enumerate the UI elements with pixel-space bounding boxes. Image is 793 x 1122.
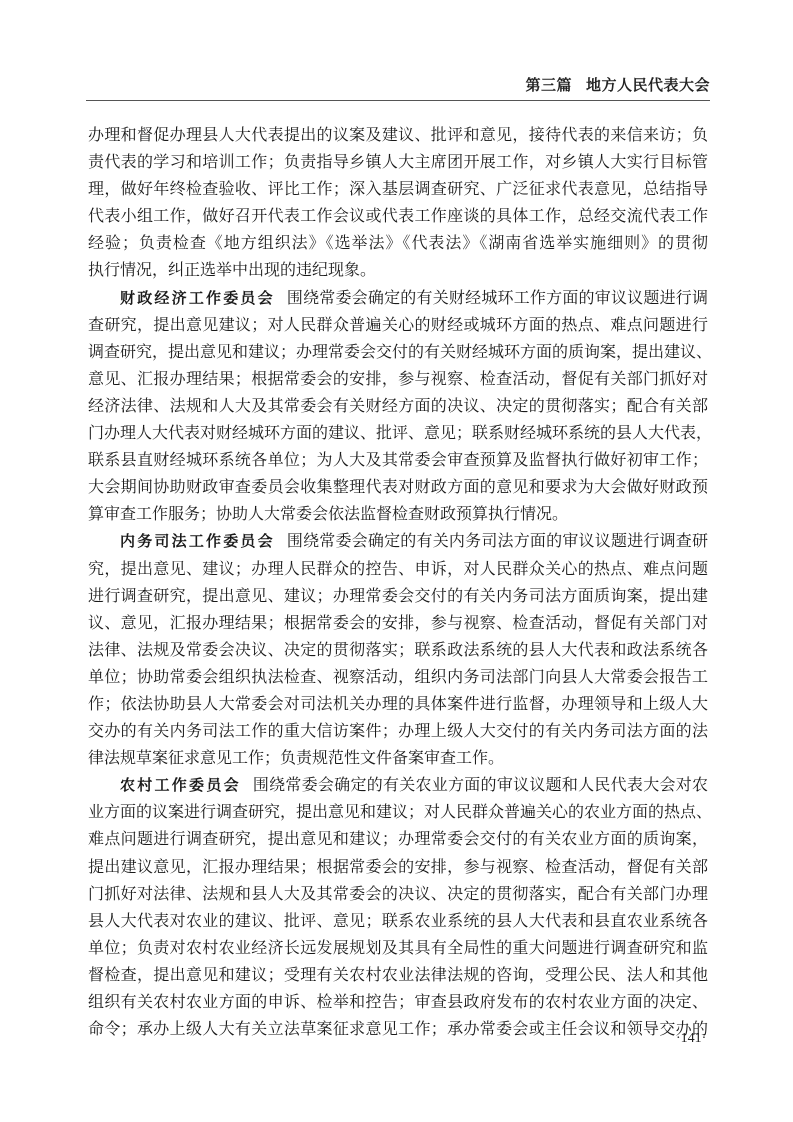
text-line: 律法规草案征求意见工作；负责规范性文件备案审查工作。 [88, 744, 708, 771]
text-line: 门抓好对法律、法规和县人大及其常委会的决议、决定的贯彻落实，配合有关部门办理 [88, 880, 708, 907]
paragraph-finance-committee: 财政经济工作委员会围绕常委会确定的有关财经城环工作方面的审议议题进行调 查研究，… [88, 284, 708, 528]
section-heading: 农村工作委员会 [120, 776, 241, 794]
part-label: 第三篇 [525, 76, 572, 94]
page-number: ·141· [676, 1031, 706, 1047]
text-line: 办理和督促办理县人大代表提出的议案及建议、批评和意见，接待代表的来信来访；负 [88, 121, 708, 148]
text-line: 农村工作委员会围绕常委会确定的有关农业方面的审议议题和人民代表大会对农 [88, 771, 708, 798]
paragraph-continuation: 办理和督促办理县人大代表提出的议案及建议、批评和意见，接待代表的来信来访；负 责… [88, 121, 708, 284]
text-line: 难点问题进行调查研究，提出意见和建议；办理常委会交付的有关农业方面的质询案， [88, 825, 708, 852]
text-line: 命令；承办上级人大有关立法草案征求意见工作；承办常委会或主任会议和领导交办的 [88, 1015, 708, 1042]
text-line: 财政经济工作委员会围绕常委会确定的有关财经城环工作方面的审议议题进行调 [88, 284, 708, 311]
text-line: 究，提出意见、建议；办理人民群众的控告、申诉，对人民群众关心的热点、难点问题 [88, 555, 708, 582]
text-line: 议、意见，汇报办理结果；根据常委会的安排，参与视察、检查活动，督促有关部门对 [88, 609, 708, 636]
text-run: 围绕常委会确定的有关财经城环工作方面的审议议题进行调 [287, 288, 708, 307]
text-line: 责代表的学习和培训工作；负责指导乡镇人大主席团开展工作，对乡镇人大实行目标管 [88, 148, 708, 175]
text-line: 单位；负责对农村农业经济长远发展规划及其具有全局性的重大问题进行调查研究和监 [88, 934, 708, 961]
text-line: 单位；协助常委会组织执法检查、视察活动，组织内务司法部门向县人大常委会报告工 [88, 663, 708, 690]
text-line: 交办的有关内务司法工作的重大信访案件；办理上级人大交付的有关内务司法方面的法 [88, 717, 708, 744]
text-line: 门办理人大代表对财经城环方面的建议、批评、意见；联系财经城环系统的县人大代表， [88, 419, 708, 446]
text-line: 代表小组工作，做好召开代表工作会议或代表工作座谈的具体工作，总经交流代表工作 [88, 202, 708, 229]
text-line: 业方面的议案进行调查研究，提出意见和建议；对人民群众普遍关心的农业方面的热点、 [88, 798, 708, 825]
section-heading: 内务司法工作委员会 [120, 532, 275, 550]
text-line: 经验；负责检查《地方组织法》《选举法》《代表法》《湖南省选举实施细则》的贯彻 [88, 229, 708, 256]
text-line: 督检查，提出意见和建议；受理有关农村农业法律法规的咨询，受理公民、法人和其他 [88, 961, 708, 988]
text-line: 法律、法规及常委会决议、决定的贯彻落实；联系政法系统的县人大代表和政法系统各 [88, 636, 708, 663]
text-line: 意见、汇报办理结果；根据常委会的安排，参与视察、检查活动，督促有关部门抓好对 [88, 365, 708, 392]
text-line: 执行情况，纠正选举中出现的违纪现象。 [88, 256, 708, 283]
text-line: 查研究，提出意见建议；对人民群众普遍关心的财经或城环方面的热点、难点问题进行 [88, 311, 708, 338]
text-run: 围绕常委会确定的有关内务司法方面的审议议题进行调查研 [287, 531, 708, 550]
text-line: 经济法律、法规和人大及其常委会有关财经方面的决议、决定的贯彻落实；配合有关部 [88, 392, 708, 419]
paragraph-rural-committee: 农村工作委员会围绕常委会确定的有关农业方面的审议议题和人民代表大会对农 业方面的… [88, 771, 708, 1042]
running-header: 第三篇地方人民代表大会 [86, 74, 710, 96]
text-line: 组织有关农村农业方面的申诉、检举和控告；审查县政府发布的农村农业方面的决定、 [88, 988, 708, 1015]
text-line: 内务司法工作委员会围绕常委会确定的有关内务司法方面的审议议题进行调查研 [88, 527, 708, 554]
text-line: 提出建议意见，汇报办理结果；根据常委会的安排，参与视察、检查活动，督促有关部 [88, 853, 708, 880]
text-run: 围绕常委会确定的有关农业方面的审议议题和人民代表大会对农 [253, 775, 708, 794]
text-line: 算审查工作服务；协助人大常委会依法监督检查财政预算执行情况。 [88, 500, 708, 527]
paragraph-judicial-committee: 内务司法工作委员会围绕常委会确定的有关内务司法方面的审议议题进行调查研 究，提出… [88, 527, 708, 771]
text-line: 进行调查研究，提出意见、建议；办理常委会交付的有关内务司法方面质询案，提出建 [88, 582, 708, 609]
section-heading: 财政经济工作委员会 [120, 289, 275, 307]
text-line: 理，做好年终检查验收、评比工作；深入基层调查研究、广泛征求代表意见，总结指导 [88, 175, 708, 202]
text-line: 县人大代表对农业的建议、批评、意见；联系农业系统的县人大代表和县直农业系统各 [88, 907, 708, 934]
text-line: 大会期间协助财政审查委员会收集整理代表对财政方面的意见和要求为大会做好财政预 [88, 473, 708, 500]
page-body: 办理和督促办理县人大代表提出的议案及建议、批评和意见，接待代表的来信来访；负 责… [88, 121, 708, 1042]
part-title: 地方人民代表大会 [586, 76, 710, 94]
text-line: 调查研究，提出意见和建议；办理常委会交付的有关财经城环方面的质询案，提出建议、 [88, 338, 708, 365]
header-rule [86, 100, 710, 101]
text-line: 联系县直财经城环系统各单位；为人大及其常委会审查预算及监督执行做好初审工作； [88, 446, 708, 473]
text-line: 作；依法协助县人大常委会对司法机关办理的具体案件进行监督，办理领导和上级人大 [88, 690, 708, 717]
